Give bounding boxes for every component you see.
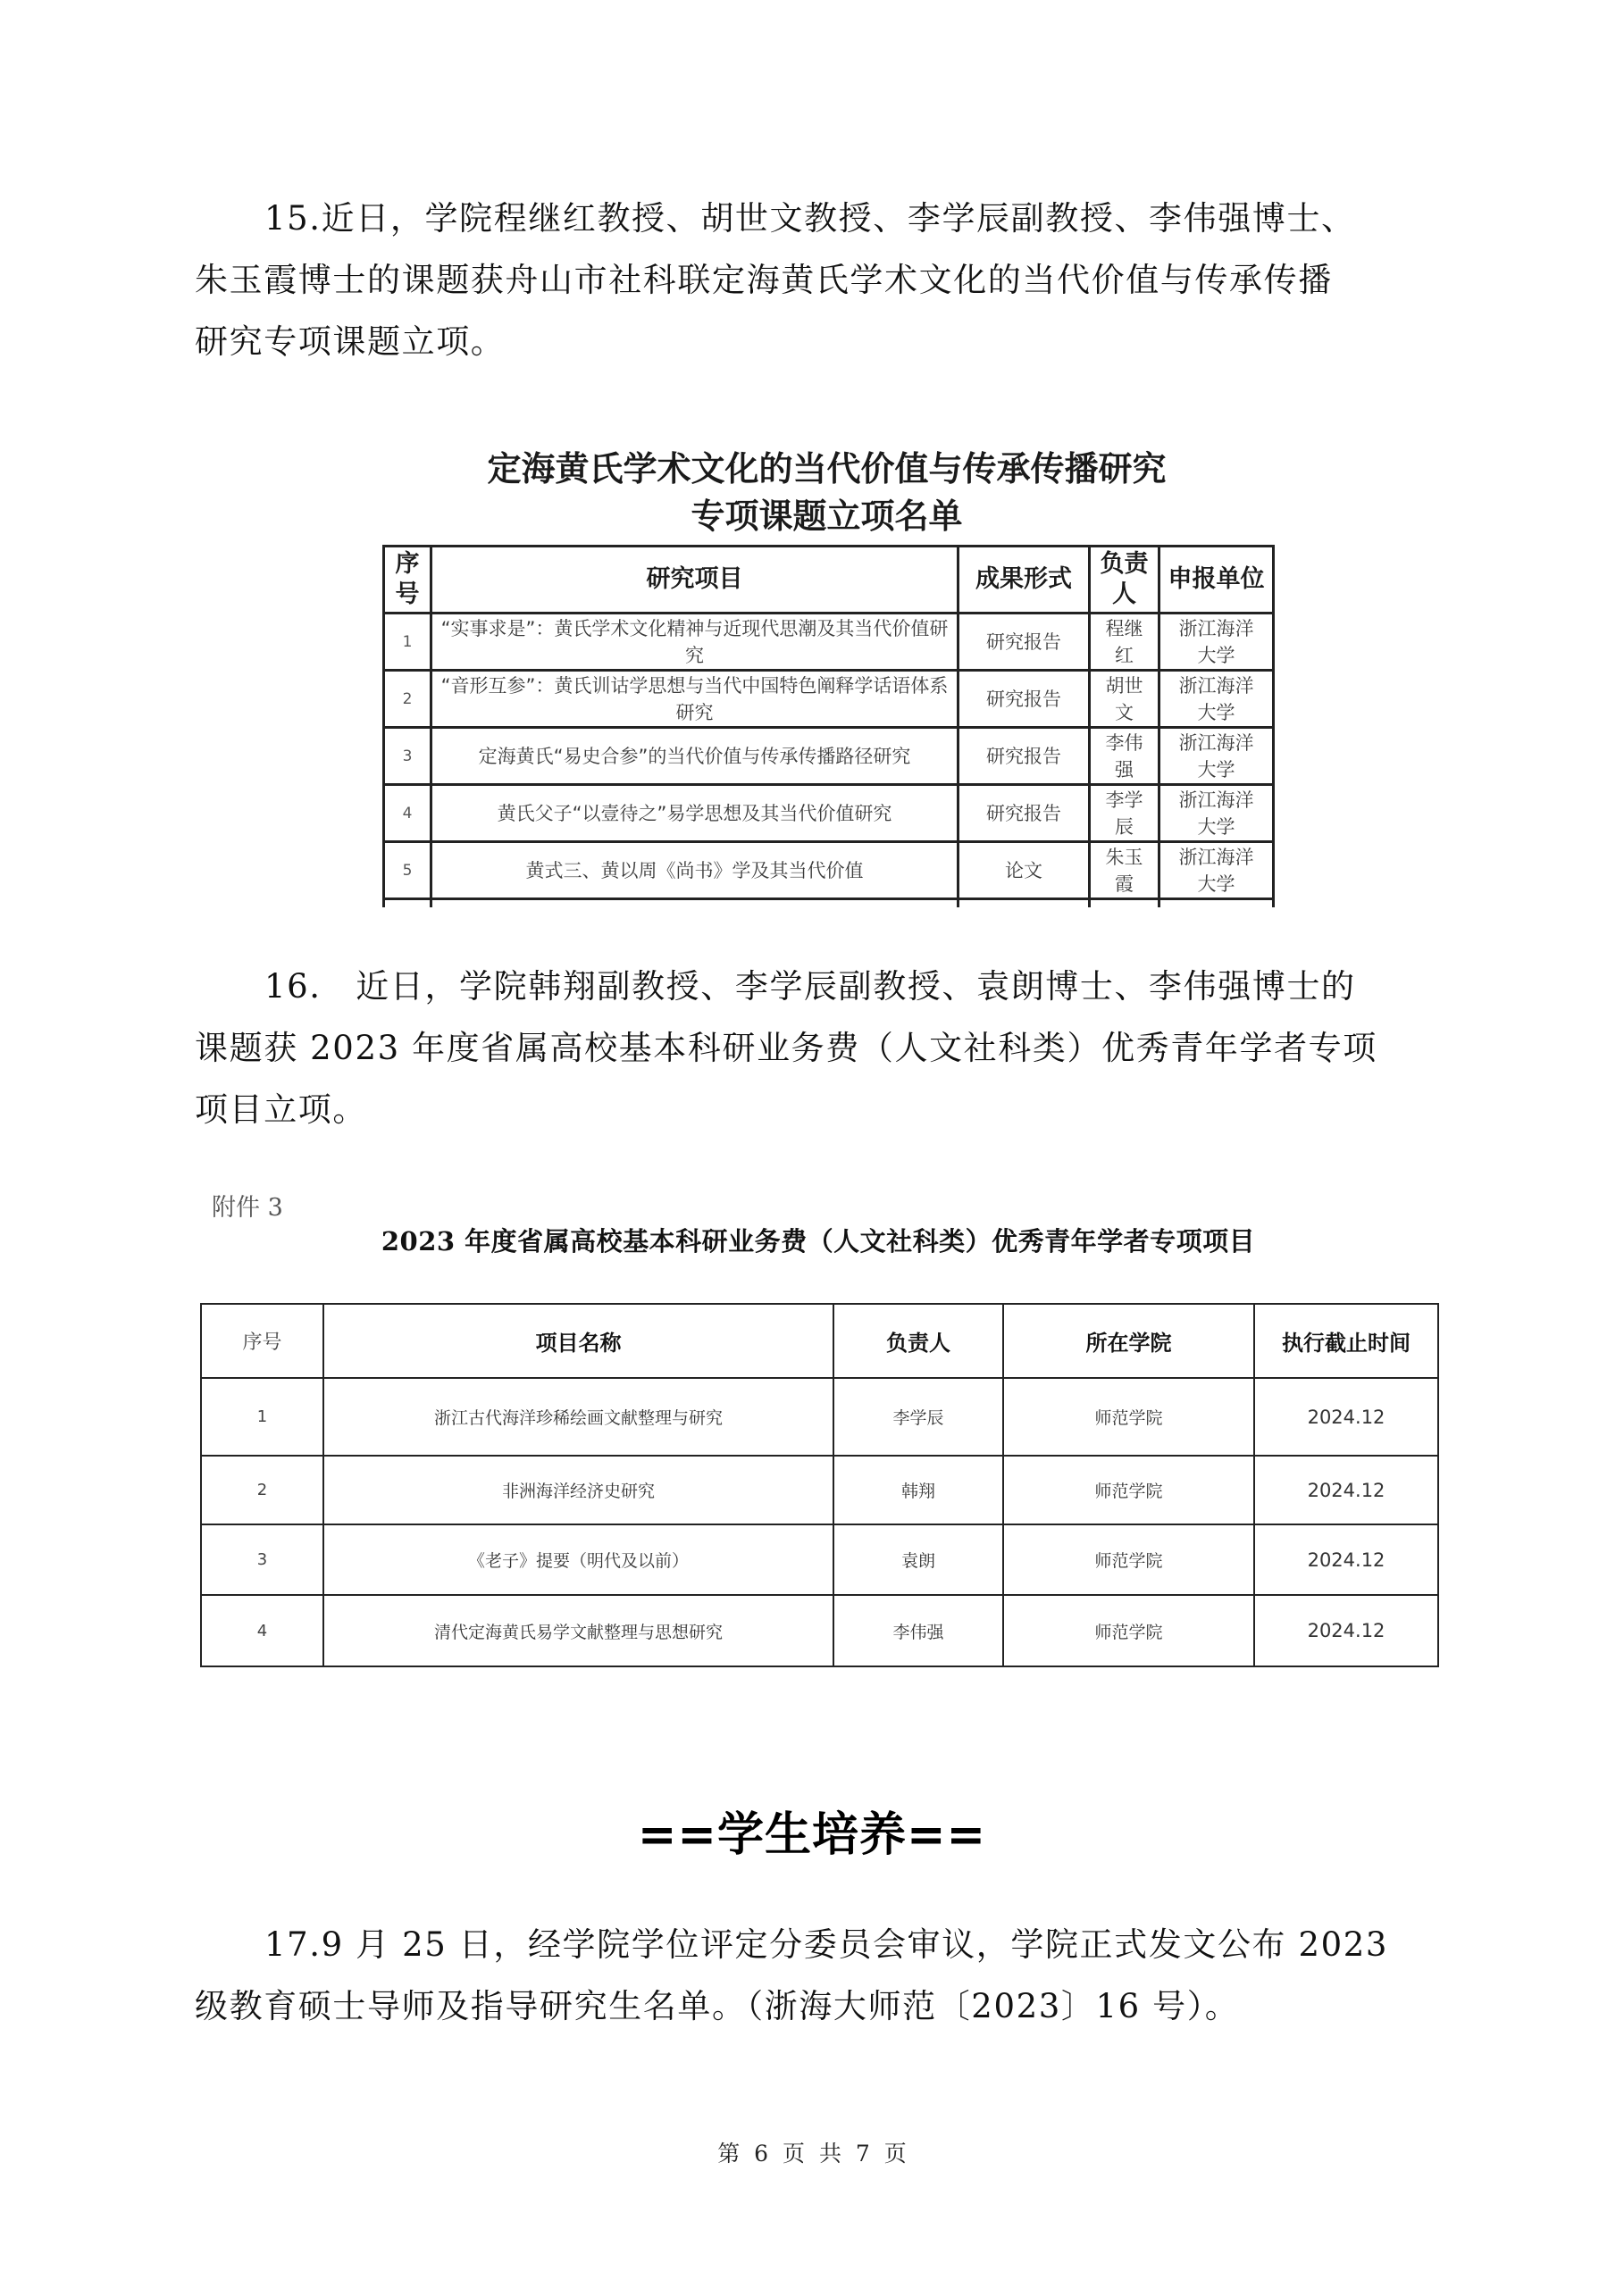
cell-project: “音形互参”：黄氏训诂学思想与当代中国特色阐释学话语体系研究 bbox=[431, 671, 958, 728]
column-header-college: 所在学院 bbox=[1003, 1304, 1254, 1378]
cell-number: 3 bbox=[201, 1524, 323, 1595]
cell-deadline: 2024.12 bbox=[1254, 1595, 1438, 1666]
cell-number: 1 bbox=[201, 1378, 323, 1456]
cell-leader: 李学辰 bbox=[833, 1378, 1003, 1456]
cell-college: 师范学院 bbox=[1003, 1595, 1254, 1666]
young-scholar-projects-table: 序号 项目名称 负责人 所在学院 执行截止时间 1 浙江古代海洋珍稀绘画文献整理… bbox=[200, 1303, 1439, 1667]
cell-deadline: 2024.12 bbox=[1254, 1524, 1438, 1595]
table-row: 3 定海黄氏“易史合参”的当代价值与传承传播路径研究 研究报告 李伟强 浙江海洋… bbox=[384, 728, 1274, 785]
table-row: 4 黄氏父子“以壹待之”易学思想及其当代价值研究 研究报告 李学辰 浙江海洋大学 bbox=[384, 785, 1274, 842]
column-header-unit: 申报单位 bbox=[1159, 547, 1274, 614]
page-number-footer: 第 6 页 共 7 页 bbox=[0, 2136, 1624, 2168]
cell-leader: 李伟强 bbox=[833, 1595, 1003, 1666]
attachment-label: 附件 3 bbox=[212, 1188, 283, 1223]
paragraph-15: 15.近日，学院程继红教授、胡世文教授、李学辰副教授、李伟强博士、 朱玉霞博士的… bbox=[195, 188, 1449, 372]
cell-leader: 李伟强 bbox=[1090, 728, 1159, 785]
cell-deadline: 2024.12 bbox=[1254, 1456, 1438, 1524]
paragraph-17: 17.9 月 25 日，经学院学位评定分委员会审议，学院正式发文公布 2023 … bbox=[195, 1914, 1449, 2037]
cell-number: 4 bbox=[384, 785, 431, 842]
cell-name: 清代定海黄氏易学文献整理与思想研究 bbox=[323, 1595, 833, 1666]
cell-college: 师范学院 bbox=[1003, 1456, 1254, 1524]
cell-project: 定海黄氏“易史合参”的当代价值与传承传播路径研究 bbox=[431, 728, 958, 785]
section-heading-student-training: ==学生培养== bbox=[0, 1797, 1624, 1864]
table-2-title: 2023 年度省属高校基本科研业务费（人文社科类）优秀青年学者专项项目 bbox=[200, 1222, 1436, 1258]
column-header-deadline: 执行截止时间 bbox=[1254, 1304, 1438, 1378]
table-crop-mask bbox=[357, 910, 1304, 946]
cell-project: 黄氏父子“以壹待之”易学思想及其当代价值研究 bbox=[431, 785, 958, 842]
paragraph-line: 项目立项。 bbox=[195, 1079, 1449, 1140]
column-header-name: 项目名称 bbox=[323, 1304, 833, 1378]
paragraph-line: 16. 近日，学院韩翔副教授、李学辰副教授、袁朗博士、李伟强博士的 bbox=[195, 956, 1449, 1017]
cell-college: 师范学院 bbox=[1003, 1524, 1254, 1595]
cell-leader: 程继红 bbox=[1090, 614, 1159, 671]
cell-number: 3 bbox=[384, 728, 431, 785]
table-1-title-line-1: 定海黄氏学术文化的当代价值与传承传播研究 bbox=[382, 447, 1271, 491]
table-row: 1 “实事求是”：黄氏学术文化精神与近现代思潮及其当代价值研究 研究报告 程继红… bbox=[384, 614, 1274, 671]
cell-leader: 胡世文 bbox=[1090, 671, 1159, 728]
paragraph-line: 15.近日，学院程继红教授、胡世文教授、李学辰副教授、李伟强博士、 bbox=[195, 188, 1449, 249]
cell-project: 黄式三、黄以周《尚书》学及其当代价值 bbox=[431, 842, 958, 899]
paragraph-line: 级教育硕士导师及指导研究生名单。（浙海大师范〔2023〕16 号）。 bbox=[195, 1975, 1449, 2037]
cell-name: 《老子》提要（明代及以前） bbox=[323, 1524, 833, 1595]
table-row: 3 《老子》提要（明代及以前） 袁朗 师范学院 2024.12 bbox=[201, 1524, 1438, 1595]
cell-number: 2 bbox=[384, 671, 431, 728]
cell-empty bbox=[958, 899, 1090, 908]
table-row: 2 非洲海洋经济史研究 韩翔 师范学院 2024.12 bbox=[201, 1456, 1438, 1524]
paragraph-line: 课题获 2023 年度省属高校基本科研业务费（人文社科类）优秀青年学者专项 bbox=[195, 1017, 1449, 1079]
paragraph-line: 17.9 月 25 日，经学院学位评定分委员会审议，学院正式发文公布 2023 bbox=[195, 1914, 1449, 1975]
table-header-row: 序号 研究项目 成果形式 负责人 申报单位 bbox=[384, 547, 1274, 614]
cell-unit: 浙江海洋大学 bbox=[1159, 728, 1274, 785]
cell-college: 师范学院 bbox=[1003, 1378, 1254, 1456]
table-row: 1 浙江古代海洋珍稀绘画文献整理与研究 李学辰 师范学院 2024.12 bbox=[201, 1378, 1438, 1456]
table-row: 5 黄式三、黄以周《尚书》学及其当代价值 论文 朱玉霞 浙江海洋大学 bbox=[384, 842, 1274, 899]
cell-empty bbox=[1159, 899, 1274, 908]
cell-unit: 浙江海洋大学 bbox=[1159, 842, 1274, 899]
cell-number: 5 bbox=[384, 842, 431, 899]
cell-unit: 浙江海洋大学 bbox=[1159, 671, 1274, 728]
column-header-number: 序号 bbox=[384, 547, 431, 614]
paragraph-line: 朱玉霞博士的课题获舟山市社科联定海黄氏学术文化的当代价值与传承传播 bbox=[195, 249, 1449, 311]
paragraph-line: 研究专项课题立项。 bbox=[195, 311, 1449, 372]
column-header-leader: 负责人 bbox=[1090, 547, 1159, 614]
cell-form: 研究报告 bbox=[958, 614, 1090, 671]
cell-leader: 袁朗 bbox=[833, 1524, 1003, 1595]
cell-unit: 浙江海洋大学 bbox=[1159, 785, 1274, 842]
table-row: 2 “音形互参”：黄氏训诂学思想与当代中国特色阐释学话语体系研究 研究报告 胡世… bbox=[384, 671, 1274, 728]
project-approval-table: 序号 研究项目 成果形式 负责人 申报单位 1 “实事求是”：黄氏学术文化精神与… bbox=[382, 545, 1275, 907]
column-header-leader: 负责人 bbox=[833, 1304, 1003, 1378]
column-header-number: 序号 bbox=[201, 1304, 323, 1378]
table-row-cropped bbox=[384, 899, 1274, 908]
cell-number: 1 bbox=[384, 614, 431, 671]
cell-form: 研究报告 bbox=[958, 728, 1090, 785]
document-page: 15.近日，学院程继红教授、胡世文教授、李学辰副教授、李伟强博士、 朱玉霞博士的… bbox=[0, 0, 1624, 2296]
cell-number: 2 bbox=[201, 1456, 323, 1524]
cell-leader: 韩翔 bbox=[833, 1456, 1003, 1524]
table-row: 4 清代定海黄氏易学文献整理与思想研究 李伟强 师范学院 2024.12 bbox=[201, 1595, 1438, 1666]
cell-unit: 浙江海洋大学 bbox=[1159, 614, 1274, 671]
cell-form: 研究报告 bbox=[958, 785, 1090, 842]
paragraph-16: 16. 近日，学院韩翔副教授、李学辰副教授、袁朗博士、李伟强博士的 课题获 20… bbox=[195, 956, 1449, 1140]
cell-form: 研究报告 bbox=[958, 671, 1090, 728]
column-header-project: 研究项目 bbox=[431, 547, 958, 614]
cell-deadline: 2024.12 bbox=[1254, 1378, 1438, 1456]
table-header-row: 序号 项目名称 负责人 所在学院 执行截止时间 bbox=[201, 1304, 1438, 1378]
cell-number: 4 bbox=[201, 1595, 323, 1666]
cell-form: 论文 bbox=[958, 842, 1090, 899]
cell-name: 浙江古代海洋珍稀绘画文献整理与研究 bbox=[323, 1378, 833, 1456]
cell-leader: 朱玉霞 bbox=[1090, 842, 1159, 899]
cell-name: 非洲海洋经济史研究 bbox=[323, 1456, 833, 1524]
cell-leader: 李学辰 bbox=[1090, 785, 1159, 842]
cell-empty bbox=[431, 899, 958, 908]
cell-empty bbox=[384, 899, 431, 908]
table-1-title-line-2: 专项课题立项名单 bbox=[382, 494, 1271, 539]
cell-empty bbox=[1090, 899, 1159, 908]
column-header-form: 成果形式 bbox=[958, 547, 1090, 614]
cell-project: “实事求是”：黄氏学术文化精神与近现代思潮及其当代价值研究 bbox=[431, 614, 958, 671]
